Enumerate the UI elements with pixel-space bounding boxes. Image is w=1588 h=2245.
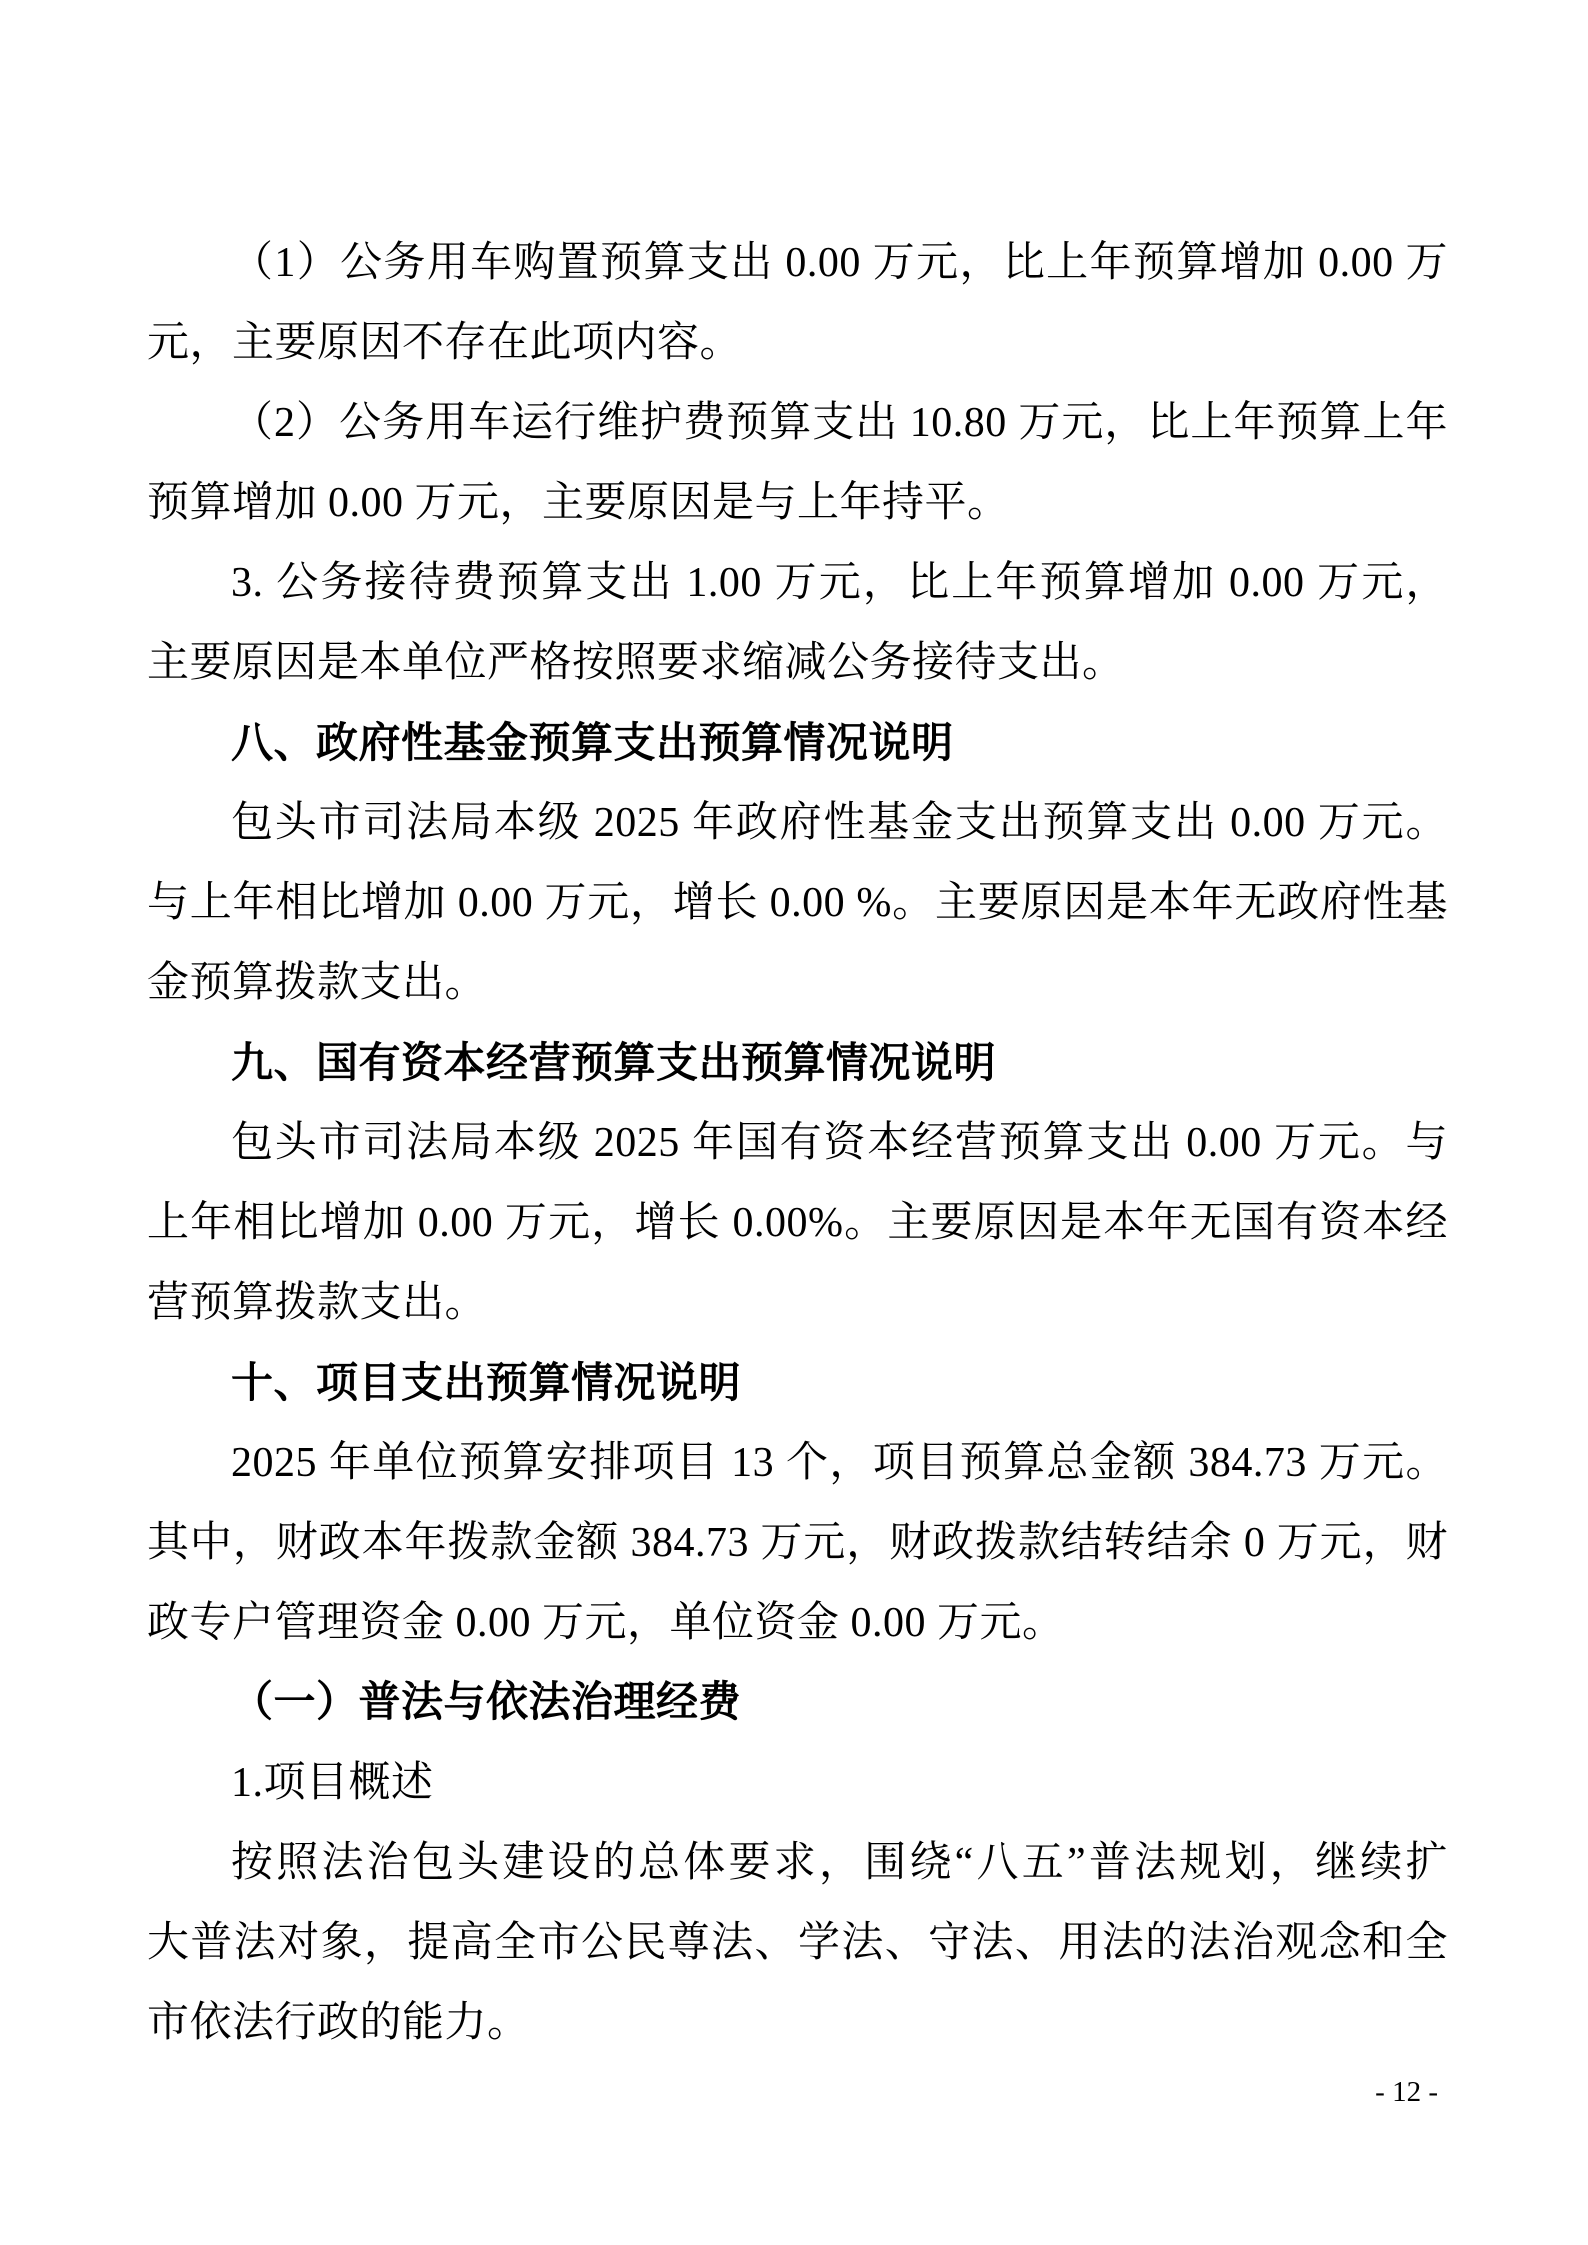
para-gov-fund-line-3: 金预算拨款支出。 [147,943,1448,1023]
para-vehicle-purchase-line-1: （1）公务用车购置预算支出 0.00 万元，比上年预算增加 0.00 万 [147,223,1448,303]
para-project-overview-line-3: 市依法行政的能力。 [147,1983,1448,2063]
para-project-budget-line-2: 其中，财政本年拨款金额 384.73 万元，财政拨款结转结余 0 万元，财 [147,1503,1448,1583]
para-vehicle-maintenance-line-1: （2）公务用车运行维护费预算支出 10.80 万元，比上年预算上年 [147,383,1448,463]
para-vehicle-purchase-line-2: 元，主要原因不存在此项内容。 [147,303,1448,383]
para-official-reception-line-2: 主要原因是本单位严格按照要求缩减公务接待支出。 [147,623,1448,703]
para-project-budget-line-3: 政专户管理资金 0.00 万元，单位资金 0.00 万元。 [147,1583,1448,1663]
section-heading-8: 八、政府性基金预算支出预算情况说明 [147,703,1448,783]
para-gov-fund-line-1: 包头市司法局本级 2025 年政府性基金支出预算支出 0.00 万元。 [147,783,1448,863]
subsection-heading-1: （一）普法与依法治理经费 [147,1663,1448,1743]
para-vehicle-maintenance-line-2: 预算增加 0.00 万元，主要原因是与上年持平。 [147,463,1448,543]
document-body: （1）公务用车购置预算支出 0.00 万元，比上年预算增加 0.00 万元，主要… [147,223,1448,2063]
para-state-capital-line-2: 上年相比增加 0.00 万元，增长 0.00%。主要原因是本年无国有资本经 [147,1183,1448,1263]
para-gov-fund-line-2: 与上年相比增加 0.00 万元，增长 0.00 %。主要原因是本年无政府性基 [147,863,1448,943]
section-heading-9: 九、国有资本经营预算支出预算情况说明 [147,1023,1448,1103]
section-heading-10: 十、项目支出预算情况说明 [147,1343,1448,1423]
page-number: - 12 - [1375,2072,1438,2112]
para-state-capital-line-3: 营预算拨款支出。 [147,1263,1448,1343]
para-state-capital-line-1: 包头市司法局本级 2025 年国有资本经营预算支出 0.00 万元。与 [147,1103,1448,1183]
para-project-overview-line-1: 按照法治包头建设的总体要求，围绕“八五”普法规划，继续扩 [147,1823,1448,1903]
document-page: （1）公务用车购置预算支出 0.00 万元，比上年预算增加 0.00 万元，主要… [0,0,1588,2245]
para-project-overview-label: 1.项目概述 [147,1743,1448,1823]
para-project-budget-line-1: 2025 年单位预算安排项目 13 个，项目预算总金额 384.73 万元。 [147,1423,1448,1503]
para-official-reception-line-1: 3. 公务接待费预算支出 1.00 万元，比上年预算增加 0.00 万元， [147,543,1448,623]
para-project-overview-line-2: 大普法对象，提高全市公民尊法、学法、守法、用法的法治观念和全 [147,1903,1448,1983]
